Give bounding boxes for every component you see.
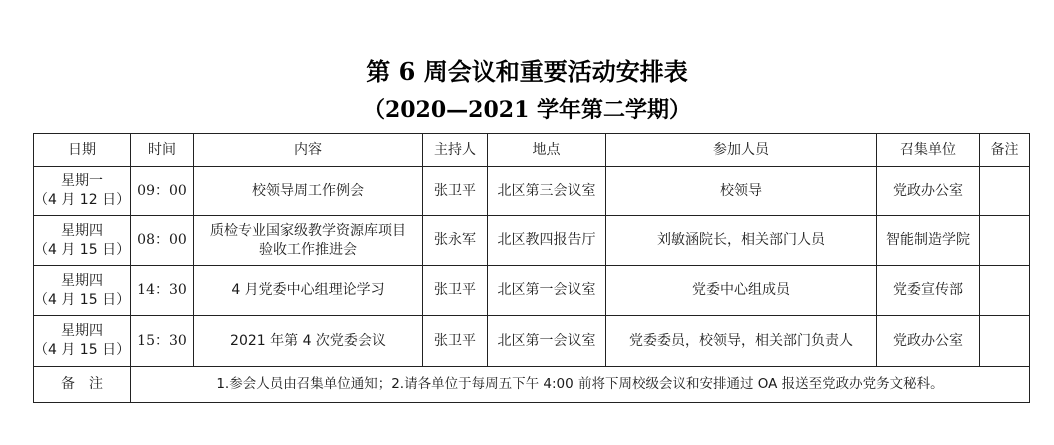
location-cell: 北区第一会议室 bbox=[488, 316, 606, 367]
page-subtitle: （2020—2021 学年第二学期） bbox=[0, 93, 1054, 124]
host-cell: 张卫平 bbox=[423, 266, 488, 316]
attendees-cell: 党委委员，校领导，相关部门负责人 bbox=[606, 316, 877, 367]
remark-cell bbox=[980, 167, 1030, 216]
organizer-cell: 党政办公室 bbox=[877, 316, 980, 367]
header-date: 日期 bbox=[34, 134, 131, 167]
organizer-cell: 智能制造学院 bbox=[877, 216, 980, 266]
location-cell: 北区教四报告厅 bbox=[488, 216, 606, 266]
day-label: 星期一 bbox=[34, 172, 130, 191]
time-cell: 15：30 bbox=[131, 316, 194, 367]
header-remark: 备注 bbox=[980, 134, 1030, 167]
content-cell: 质检专业国家级教学资源库项目验收工作推进会 bbox=[194, 216, 423, 266]
attendees-cell: 党委中心组成员 bbox=[606, 266, 877, 316]
date-cell: 星期一（4 月 12 日） bbox=[34, 167, 131, 216]
page-title: 第 6 周会议和重要活动安排表 bbox=[0, 52, 1054, 87]
time-cell: 14：30 bbox=[131, 266, 194, 316]
time-cell: 09：00 bbox=[131, 167, 194, 216]
organizer-cell: 党委宣传部 bbox=[877, 266, 980, 316]
date-cell: 星期四（4 月 15 日） bbox=[34, 316, 131, 367]
note-label: 备 注 bbox=[34, 367, 131, 403]
content-cell: 校领导周工作例会 bbox=[194, 167, 423, 216]
header-host: 主持人 bbox=[423, 134, 488, 167]
table-row: 星期一（4 月 12 日） 09：00 校领导周工作例会 张卫平 北区第三会议室… bbox=[34, 167, 1030, 216]
date-cell: 星期四（4 月 15 日） bbox=[34, 266, 131, 316]
table-row: 星期四（4 月 15 日） 14：30 4 月党委中心组理论学习 张卫平 北区第… bbox=[34, 266, 1030, 316]
host-cell: 张永军 bbox=[423, 216, 488, 266]
day-label: 星期四 bbox=[34, 272, 130, 291]
table-row: 星期四（4 月 15 日） 08：00 质检专业国家级教学资源库项目验收工作推进… bbox=[34, 216, 1030, 266]
content-cell: 4 月党委中心组理论学习 bbox=[194, 266, 423, 316]
attendees-cell: 刘敏涵院长，相关部门人员 bbox=[606, 216, 877, 266]
date-label: （4 月 15 日） bbox=[34, 291, 130, 310]
header-location: 地点 bbox=[488, 134, 606, 167]
location-cell: 北区第三会议室 bbox=[488, 167, 606, 216]
schedule-table: 日期 时间 内容 主持人 地点 参加人员 召集单位 备注 星期一（4 月 12 … bbox=[33, 133, 1030, 403]
remark-cell bbox=[980, 216, 1030, 266]
organizer-cell: 党政办公室 bbox=[877, 167, 980, 216]
host-cell: 张卫平 bbox=[423, 316, 488, 367]
date-label: （4 月 15 日） bbox=[34, 241, 130, 260]
table-row: 星期四（4 月 15 日） 15：30 2021 年第 4 次党委会议 张卫平 … bbox=[34, 316, 1030, 367]
header-organizer: 召集单位 bbox=[877, 134, 980, 167]
header-attendees: 参加人员 bbox=[606, 134, 877, 167]
date-cell: 星期四（4 月 15 日） bbox=[34, 216, 131, 266]
date-label: （4 月 15 日） bbox=[34, 341, 130, 360]
note-row: 备 注 1.参会人员由召集单位通知；2.请各单位于每周五下午 4:00 前将下周… bbox=[34, 367, 1030, 403]
remark-cell bbox=[980, 266, 1030, 316]
header-time: 时间 bbox=[131, 134, 194, 167]
day-label: 星期四 bbox=[34, 322, 130, 341]
note-text: 1.参会人员由召集单位通知；2.请各单位于每周五下午 4:00 前将下周校级会议… bbox=[131, 367, 1030, 403]
host-cell: 张卫平 bbox=[423, 167, 488, 216]
header-content: 内容 bbox=[194, 134, 423, 167]
date-label: （4 月 12 日） bbox=[34, 191, 130, 210]
remark-cell bbox=[980, 316, 1030, 367]
header-row: 日期 时间 内容 主持人 地点 参加人员 召集单位 备注 bbox=[34, 134, 1030, 167]
location-cell: 北区第一会议室 bbox=[488, 266, 606, 316]
attendees-cell: 校领导 bbox=[606, 167, 877, 216]
content-cell: 2021 年第 4 次党委会议 bbox=[194, 316, 423, 367]
time-cell: 08：00 bbox=[131, 216, 194, 266]
day-label: 星期四 bbox=[34, 222, 130, 241]
